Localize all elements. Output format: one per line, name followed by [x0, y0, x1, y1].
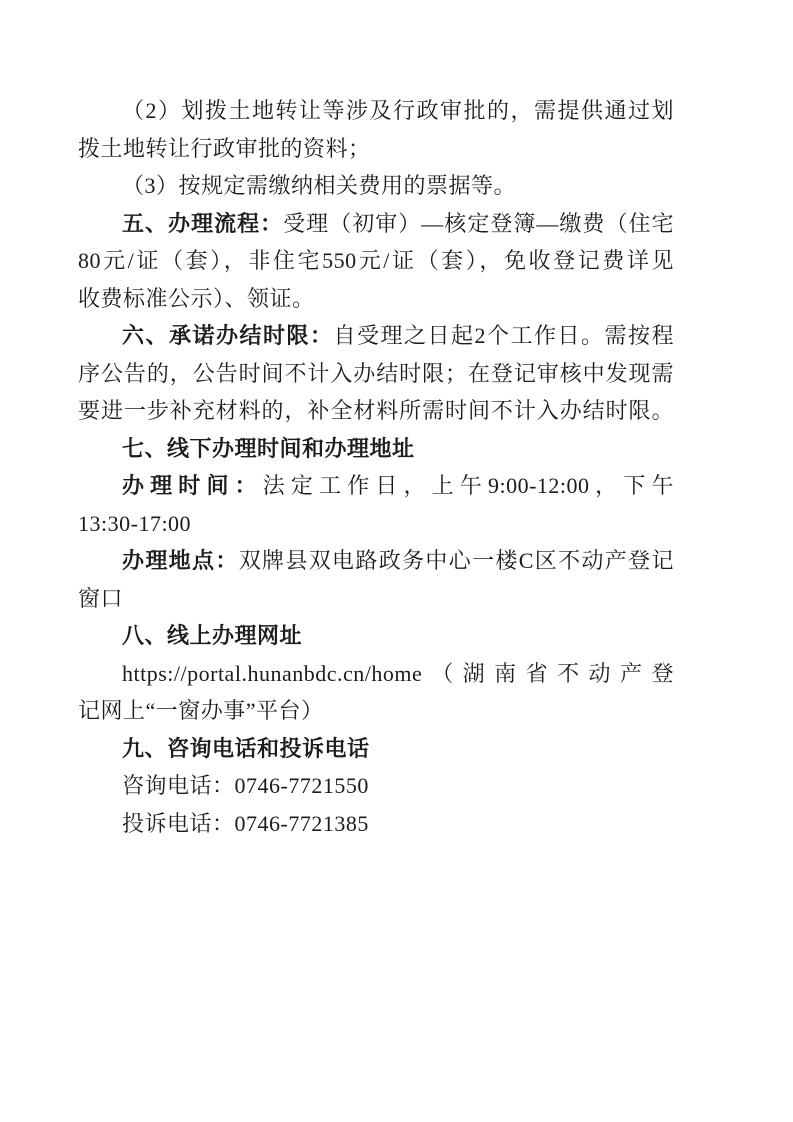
body-text: 咨询电话：0746-7721550	[122, 773, 369, 798]
body-text: 自受理之日起2个工作日。需按程	[334, 323, 674, 348]
heading-text: 八、线上办理网址	[122, 623, 302, 648]
text-line: 要进一步补充材料的，补全材料所需时间不计入办结时限。	[78, 392, 674, 430]
text-line: （3）按规定需缴纳相关费用的票据等。	[78, 167, 674, 205]
text-line: 拨土地转让行政审批的资料；	[78, 130, 674, 168]
body-text: （3）按规定需缴纳相关费用的票据等。	[122, 173, 516, 198]
body-text: 窗口	[78, 586, 123, 611]
text-line: 序公告的，公告时间不计入办结时限；在登记审核中发现需	[78, 355, 674, 393]
body-text: 投诉电话：0746-7721385	[122, 811, 369, 836]
text-line: 八、线上办理网址	[78, 617, 674, 655]
body-text: 序公告的，公告时间不计入办结时限；在登记审核中发现需	[78, 361, 674, 386]
text-line: 记网上“一窗办事”平台）	[78, 692, 674, 730]
heading-text: 九、咨询电话和投诉电话	[122, 736, 370, 761]
body-text: 法定工作日，上午9:00-12:00，下午	[263, 473, 674, 498]
text-line: 80元/证（套），非住宅550元/证（套），免收登记费详见	[78, 242, 674, 280]
body-text: 双牌县双电路政务中心一楼C区不动产登记	[239, 548, 674, 573]
text-line: 七、线下办理时间和办理地址	[78, 430, 674, 468]
document-page: （2）划拨土地转让等涉及行政审批的，需提供通过划拨土地转让行政审批的资料；（3）…	[0, 0, 793, 1122]
body-text: 80元/证（套），非住宅550元/证（套），免收登记费详见	[78, 248, 674, 273]
body-text: https://portal.hunanbdc.cn/home（湖南省不动产登	[122, 661, 674, 686]
text-line: 咨询电话：0746-7721550	[78, 767, 674, 805]
body-text: 拨土地转让行政审批的资料；	[78, 136, 371, 161]
text-line: 九、咨询电话和投诉电话	[78, 730, 674, 768]
text-line: 窗口	[78, 580, 674, 618]
document-body: （2）划拨土地转让等涉及行政审批的，需提供通过划拨土地转让行政审批的资料；（3）…	[78, 92, 674, 842]
text-line: https://portal.hunanbdc.cn/home（湖南省不动产登	[78, 655, 674, 693]
text-line: 投诉电话：0746-7721385	[78, 805, 674, 843]
body-text: 收费标准公示）、领证。	[78, 286, 315, 311]
body-text: 记网上“一窗办事”平台）	[78, 698, 324, 723]
text-line: 六、承诺办结时限：自受理之日起2个工作日。需按程	[78, 317, 674, 355]
text-line: 办理时间：法定工作日，上午9:00-12:00，下午	[78, 467, 674, 505]
body-text: （2）划拨土地转让等涉及行政审批的，需提供通过划	[122, 98, 674, 123]
text-line: 收费标准公示）、领证。	[78, 280, 674, 318]
text-line: 五、办理流程：受理（初审）—核定登簿—缴费（住宅	[78, 205, 674, 243]
text-line: （2）划拨土地转让等涉及行政审批的，需提供通过划	[78, 92, 674, 130]
heading-text: 办理地点：	[122, 548, 239, 573]
body-text: 13:30-17:00	[78, 511, 191, 536]
heading-text: 办理时间：	[122, 473, 263, 498]
heading-text: 六、承诺办结时限：	[122, 323, 334, 348]
heading-text: 五、办理流程：	[122, 211, 283, 236]
body-text: 受理（初审）—核定登簿—缴费（住宅	[283, 211, 674, 236]
text-line: 办理地点：双牌县双电路政务中心一楼C区不动产登记	[78, 542, 674, 580]
body-text: 要进一步补充材料的，补全材料所需时间不计入办结时限。	[78, 398, 674, 423]
text-line: 13:30-17:00	[78, 505, 674, 543]
heading-text: 七、线下办理时间和办理地址	[122, 436, 415, 461]
